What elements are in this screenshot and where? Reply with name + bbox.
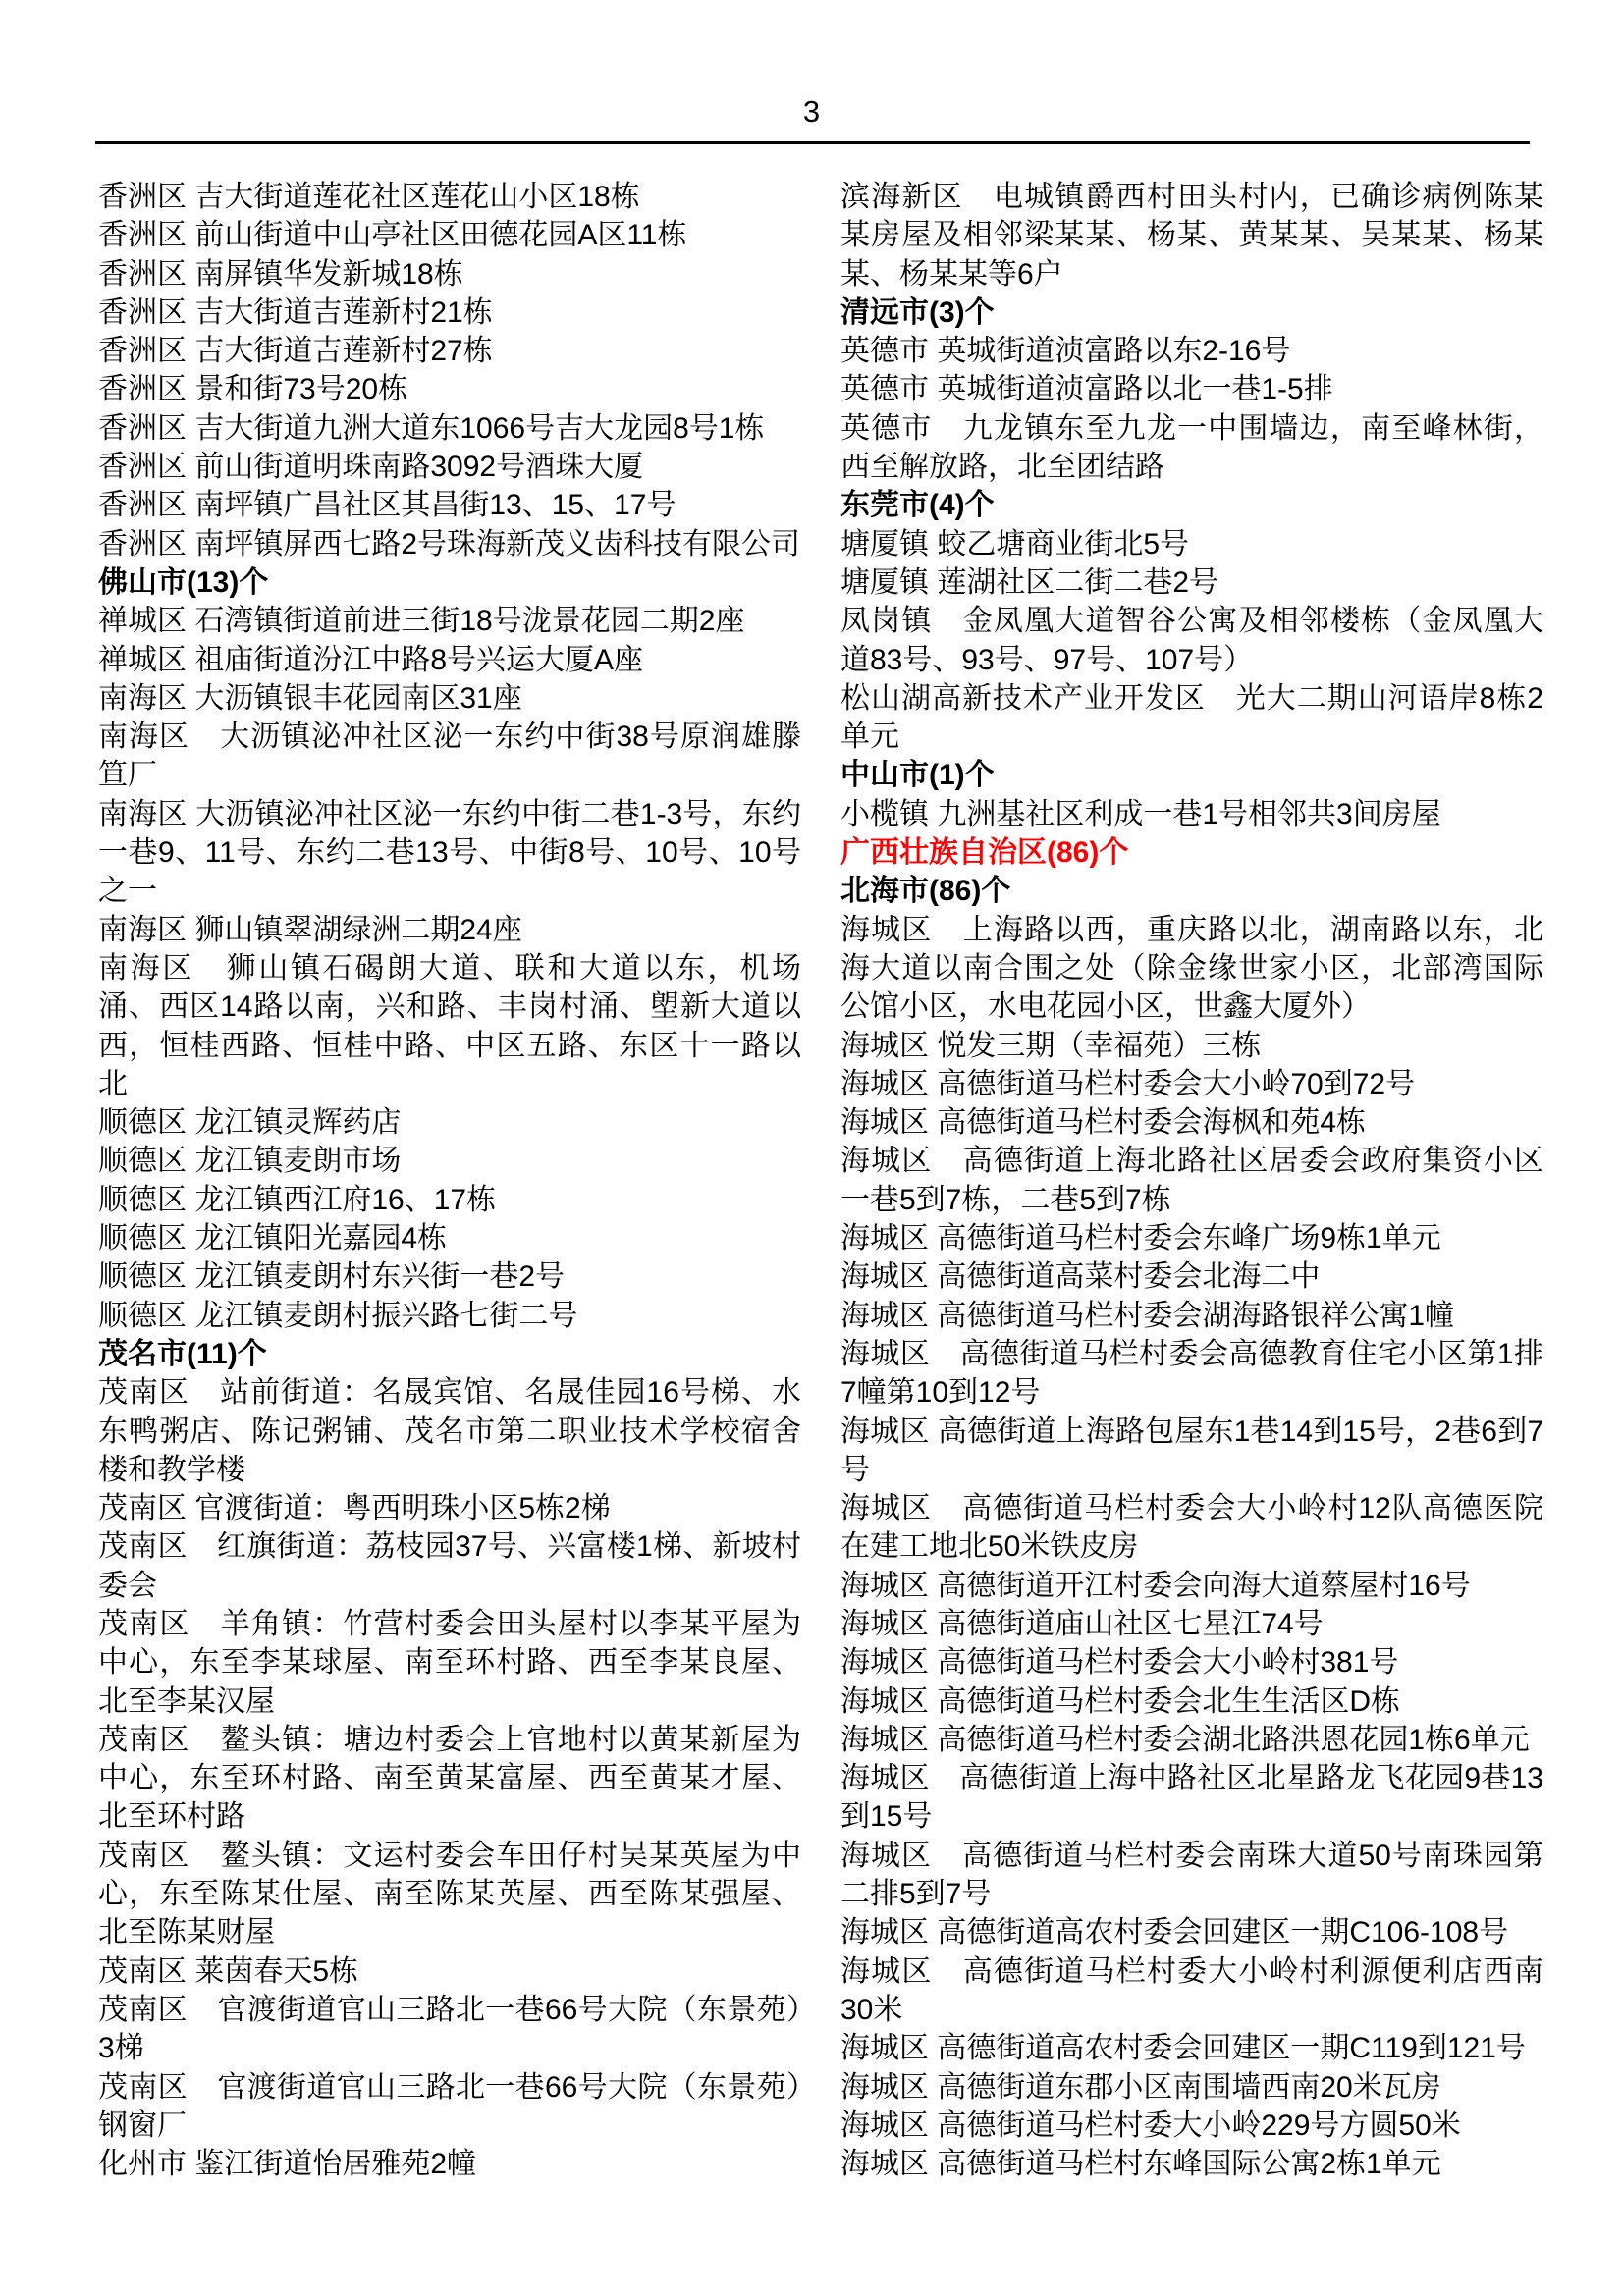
address-entry: 海城区 高德街道高农村委会回建区一期C106-108号 bbox=[840, 1913, 1543, 1951]
address-entry: 香洲区 南坪镇屏西七路2号珠海新茂义齿科技有限公司 bbox=[98, 525, 801, 563]
address-entry: 茂南区 官渡街道官山三路北一巷66号大院（东景苑）3梯 bbox=[98, 1991, 801, 2068]
two-column-layout: 香洲区 吉大街道莲花社区莲花山小区18栋香洲区 前山街道中山亭社区田德花园A区1… bbox=[0, 144, 1623, 2183]
address-entry: 塘厦镇 莲湖社区二街二巷2号 bbox=[840, 563, 1543, 602]
address-entry: 禅城区 石湾镇街道前进三街18号泷景花园二期2座 bbox=[98, 602, 801, 640]
document-page: 3 香洲区 吉大街道莲花社区莲花山小区18栋香洲区 前山街道中山亭社区田德花园A… bbox=[0, 0, 1623, 2296]
address-entry: 海城区 高德街道马栏村委会东峰广场9栋1单元 bbox=[840, 1219, 1543, 1257]
address-entry: 海城区 悦发三期（幸福苑）三栋 bbox=[840, 1027, 1543, 1065]
address-entry: 茂南区 站前街道：名晟宾馆、名晟佳园16号梯、水东鸭粥店、陈记粥铺、茂名市第二职… bbox=[98, 1373, 801, 1489]
address-entry: 茂南区 官渡街道：粤西明珠小区5栋2梯 bbox=[98, 1489, 801, 1527]
left-column: 香洲区 吉大街道莲花社区莲花山小区18栋香洲区 前山街道中山亭社区田德花园A区1… bbox=[98, 178, 801, 2183]
address-entry: 海城区 上海路以西，重庆路以北，湖南路以东，北海大道以南合围之处（除金缘世家小区… bbox=[840, 911, 1543, 1027]
address-entry: 海城区 高德街道马栏村委会南珠大道50号南珠园第二排5到7号 bbox=[840, 1837, 1543, 1914]
address-entry: 英德市 九龙镇东至九龙一中围墙边，南至峰林街，西至解放路，北至团结路 bbox=[840, 409, 1543, 487]
address-entry: 化州市 鉴江街道怡居雅苑2幢 bbox=[98, 2145, 801, 2183]
address-entry: 海城区 高德街道马栏村委会海枫和苑4栋 bbox=[840, 1103, 1543, 1142]
address-entry: 香洲区 吉大街道莲花社区莲花山小区18栋 bbox=[98, 178, 801, 216]
address-entry: 滨海新区 电城镇爵西村田头村内，已确诊病例陈某某房屋及相邻梁某某、杨某、黄某某、… bbox=[840, 178, 1543, 294]
address-entry: 顺德区 龙江镇灵辉药店 bbox=[98, 1103, 801, 1142]
address-entry: 海城区 高德街道马栏村委会大小岭70到72号 bbox=[840, 1065, 1543, 1103]
address-entry: 海城区 高德街道马栏村委大小岭229号方圆50米 bbox=[840, 2107, 1543, 2145]
address-entry: 海城区 高德街道马栏村委会北生生活区D栋 bbox=[840, 1682, 1543, 1721]
address-entry: 香洲区 吉大街道吉莲新村21栋 bbox=[98, 294, 801, 332]
address-entry: 南海区 大沥镇泌冲社区泌一东约中街38号原润雄滕笪厂 bbox=[98, 718, 801, 795]
address-entry: 香洲区 前山街道中山亭社区田德花园A区11栋 bbox=[98, 216, 801, 254]
address-entry: 南海区 狮山镇石碣朗大道、联和大道以东，机场涌、西区14路以南，兴和路、丰岗村涌… bbox=[98, 949, 801, 1103]
address-entry: 顺德区 龙江镇麦朗市场 bbox=[98, 1142, 801, 1180]
address-entry: 香洲区 吉大街道吉莲新村27栋 bbox=[98, 332, 801, 370]
address-entry: 塘厦镇 蛟乙塘商业街北5号 bbox=[840, 525, 1543, 563]
address-entry: 凤岗镇 金凤凰大道智谷公寓及相邻楼栋（金凤凰大道83号、93号、97号、107号… bbox=[840, 602, 1543, 679]
address-entry: 香洲区 景和街73号20栋 bbox=[98, 370, 801, 408]
address-entry: 茂南区 羊角镇：竹营村委会田头屋村以李某平屋为中心，东至李某球屋、南至环村路、西… bbox=[98, 1605, 801, 1721]
address-entry: 香洲区 吉大街道九洲大道东1066号吉大龙园8号1栋 bbox=[98, 409, 801, 448]
address-entry: 海城区 高德街道马栏村委会大小岭村381号 bbox=[840, 1643, 1543, 1682]
address-entry: 海城区 高德街道开江村委会向海大道蔡屋村16号 bbox=[840, 1567, 1543, 1605]
address-entry: 南海区 狮山镇翠湖绿洲二期24座 bbox=[98, 911, 801, 949]
address-entry: 茂南区 鳌头镇：塘边村委会上官地村以黄某新屋为中心，东至环村路、南至黄某富屋、西… bbox=[98, 1721, 801, 1837]
address-entry: 海城区 高德街道东郡小区南围墙西南20米瓦房 bbox=[840, 2068, 1543, 2107]
address-entry: 南海区 大沥镇银丰花园南区31座 bbox=[98, 679, 801, 718]
address-entry: 海城区 高德街道高农村委会回建区一期C119到121号 bbox=[840, 2029, 1543, 2067]
address-entry: 南海区 大沥镇泌冲社区泌一东约中街二巷1-3号，东约一巷9、11号、东约二巷13… bbox=[98, 795, 801, 911]
address-entry: 茂南区 红旗街道：荔枝园37号、兴富楼1梯、新坡村委会 bbox=[98, 1527, 801, 1605]
address-entry: 海城区 高德街道马栏村委大小岭村利源便利店西南30米 bbox=[840, 1952, 1543, 2030]
address-entry: 茂南区 官渡街道官山三路北一巷66号大院（东景苑）钢窗厂 bbox=[98, 2068, 801, 2146]
address-entry: 茂南区 莱茵春天5栋 bbox=[98, 1952, 801, 1991]
address-entry: 海城区 高德街道马栏村委会湖北路洪恩花园1栋6单元 bbox=[840, 1721, 1543, 1759]
address-entry: 海城区 高德街道马栏村东峰国际公寓2栋1单元 bbox=[840, 2145, 1543, 2183]
address-entry: 英德市 英城街道浈富路以东2-16号 bbox=[840, 332, 1543, 370]
address-entry: 松山湖高新技术产业开发区 光大二期山河语岸8栋2单元 bbox=[840, 679, 1543, 757]
address-entry: 海城区 高德街道上海北路社区居委会政府集资小区一巷5到7栋，二巷5到7栋 bbox=[840, 1142, 1543, 1219]
page-number: 3 bbox=[0, 0, 1623, 128]
section-heading: 茂名市(11)个 bbox=[98, 1335, 801, 1373]
right-column: 滨海新区 电城镇爵西村田头村内，已确诊病例陈某某房屋及相邻梁某某、杨某、黄某某、… bbox=[840, 178, 1543, 2183]
address-entry: 小榄镇 九洲基社区利成一巷1号相邻共3间房屋 bbox=[840, 795, 1543, 833]
section-heading: 东莞市(4)个 bbox=[840, 486, 1543, 524]
address-entry: 香洲区 南坪镇广昌社区其昌街13、15、17号 bbox=[98, 486, 801, 524]
address-entry: 顺德区 龙江镇麦朗村东兴街一巷2号 bbox=[98, 1257, 801, 1296]
address-entry: 海城区 高德街道马栏村委会湖海路银祥公寓1幢 bbox=[840, 1297, 1543, 1335]
address-entry: 海城区 高德街道上海中路社区北星路龙飞花园9巷13到15号 bbox=[840, 1759, 1543, 1837]
address-entry: 海城区 高德街道马栏村委会大小岭村12队高德医院在建工地北50米铁皮房 bbox=[840, 1489, 1543, 1567]
address-entry: 海城区 高德街道高菜村委会北海二中 bbox=[840, 1257, 1543, 1296]
section-heading: 佛山市(13)个 bbox=[98, 563, 801, 602]
section-heading: 清远市(3)个 bbox=[840, 294, 1543, 332]
section-heading: 中山市(1)个 bbox=[840, 756, 1543, 794]
address-entry: 香洲区 前山街道明珠南路3092号酒珠大厦 bbox=[98, 448, 801, 486]
address-entry: 海城区 高德街道庙山社区七星江74号 bbox=[840, 1605, 1543, 1643]
section-heading: 广西壮族自治区(86)个 bbox=[840, 833, 1543, 872]
section-heading: 北海市(86)个 bbox=[840, 872, 1543, 910]
address-entry: 顺德区 龙江镇西江府16、17栋 bbox=[98, 1181, 801, 1219]
address-entry: 海城区 高德街道马栏村委会高德教育住宅小区第1排7幢第10到12号 bbox=[840, 1335, 1543, 1413]
address-entry: 顺德区 龙江镇阳光嘉园4栋 bbox=[98, 1219, 801, 1257]
address-entry: 顺德区 龙江镇麦朗村振兴路七街二号 bbox=[98, 1297, 801, 1335]
address-entry: 海城区 高德街道上海路包屋东1巷14到15号，2巷6到7号 bbox=[840, 1413, 1543, 1490]
address-entry: 禅城区 祖庙街道汾江中路8号兴运大厦A座 bbox=[98, 641, 801, 679]
address-entry: 英德市 英城街道浈富路以北一巷1-5排 bbox=[840, 370, 1543, 408]
address-entry: 香洲区 南屏镇华发新城18栋 bbox=[98, 255, 801, 294]
address-entry: 茂南区 鳌头镇：文运村委会车田仔村吴某英屋为中心，东至陈某仕屋、南至陈某英屋、西… bbox=[98, 1837, 801, 1952]
